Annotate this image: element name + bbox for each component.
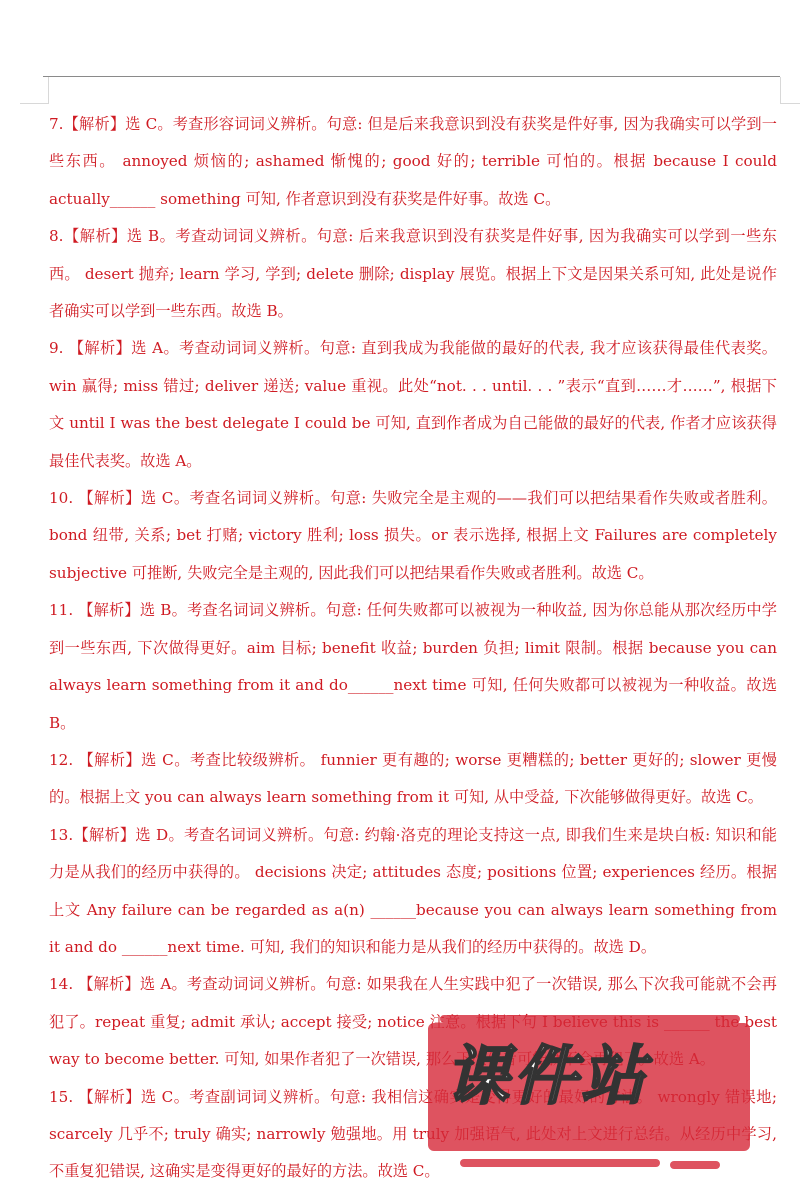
crop-mark-left xyxy=(20,103,49,104)
explanation-q13: 13.【解析】选 D。考查名词词义辨析。句意: 约翰·洛克的理论支持这一点, 即… xyxy=(49,817,777,967)
explanation-q7: 7.【解析】选 C。考查形容词词义辨析。句意: 但是后来我意识到没有获奖是件好事… xyxy=(49,106,777,218)
explanation-q11: 11. 【解析】选 B。考查名词词义辨析。句意: 任何失败都可以被视为一种收益,… xyxy=(49,592,777,742)
explanation-q8: 8.【解析】选 B。考查动词词义辨析。句意: 后来我意识到没有获奖是件好事, 因… xyxy=(49,218,777,330)
explanation-q9: 9. 【解析】选 A。考查动词词义辨析。句意: 直到我成为我能做的最好的代表, … xyxy=(49,330,777,480)
crop-mark-left xyxy=(48,77,49,104)
watermark-text: 课件站 xyxy=(445,1045,649,1109)
watermark-stamp: 课件站 xyxy=(420,1013,760,1168)
watermark-stripe xyxy=(670,1161,720,1169)
explanation-q12: 12. 【解析】选 C。考查比较级辨析。 funnier 更有趣的; worse… xyxy=(49,742,777,817)
crop-mark-right xyxy=(780,103,800,104)
watermark-stripe xyxy=(460,1159,660,1167)
crop-mark-right xyxy=(780,77,781,104)
explanation-q10: 10. 【解析】选 C。考查名词词义辨析。句意: 失败完全是主观的——我们可以把… xyxy=(49,480,777,592)
page-header-rule xyxy=(43,76,780,77)
watermark-stripe xyxy=(440,1015,740,1023)
